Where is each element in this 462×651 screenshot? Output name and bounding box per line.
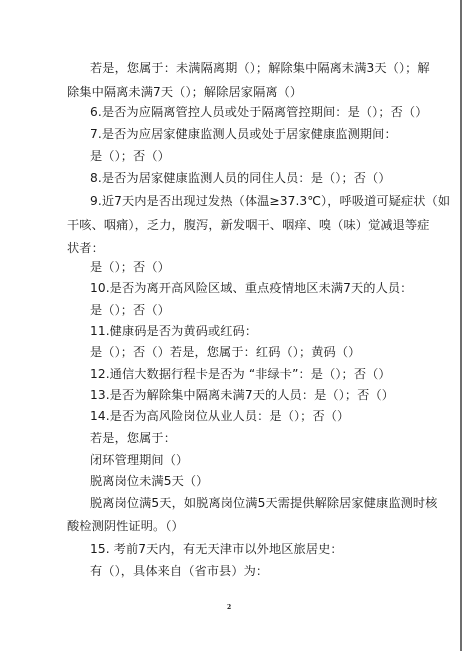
question-9-line-2: 干咳、咽痛），乏力，腹泻，新发咽干、咽痒、嗅（味）觉减退等症	[67, 217, 430, 233]
document-page: 若是，您属于：未满隔离期（）；解除集中隔离未满3天（）；解 除集中隔离未满7天（…	[0, 0, 460, 651]
text-line-quarantine-status-2: 除集中隔离未满7天（）；解除居家隔离（）	[67, 84, 302, 100]
question-13: 13.是否为解除集中隔离未满7天的人员：是（）；否（）	[90, 387, 394, 403]
question-9-answer: 是（）；否（）	[90, 259, 170, 275]
question-9-line-1: 9.近7天内是否出现过发热（体温≥37.3℃），呼吸道可疑症状（如	[90, 193, 450, 209]
question-14-option-under-5-days: 脱离岗位未满5天（）	[90, 473, 208, 489]
question-14-option-closed-loop: 闭环管理期间（）	[90, 452, 188, 468]
question-11: 11.健康码是否为黄码或红码：	[90, 323, 257, 339]
page-number: 2	[227, 604, 231, 611]
question-6: 6.是否为应隔离管控人员或处于隔离管控期间：是（）；否（）	[90, 104, 428, 120]
question-14-option-5-days-line-1: 脱离岗位满5天，如脱离岗位满5天需提供解除居家健康监测时核	[90, 495, 437, 511]
question-12: 12.通信大数据行程卡是否为 “非绿卡”：是（）；否（）	[90, 366, 391, 382]
question-11-answer: 是（）；否（）若是，您属于：红码（）；黄码（）	[90, 344, 360, 360]
question-14-subprompt: 若是，您属于：	[90, 430, 176, 446]
question-15-answer: 有（），具体来自（省市县）为：	[90, 563, 268, 579]
question-10: 10.是否为离开高风险区域、重点疫情地区未满7天的人员：	[90, 280, 412, 296]
question-9-line-3: 状者：	[67, 240, 104, 256]
question-10-answer: 是（）；否（）	[90, 302, 170, 318]
question-14-option-5-days-line-2: 酸检测阴性证明。（）	[67, 518, 184, 534]
question-7: 7.是否为应居家健康监测人员或处于居家健康监测期间：	[90, 126, 397, 142]
question-7-answer: 是（）；否（）	[90, 148, 170, 164]
question-14: 14.是否为高风险岗位从业人员：是（）；否（）	[90, 408, 349, 424]
text-line-quarantine-status-1: 若是，您属于：未满隔离期（）；解除集中隔离未满3天（）；解	[90, 60, 430, 76]
question-15: 15. 考前7天内，有无天津市以外地区旅居史：	[90, 541, 343, 557]
question-8: 8.是否为居家健康监测人员的同住人员：是（）；否（）	[90, 170, 391, 186]
